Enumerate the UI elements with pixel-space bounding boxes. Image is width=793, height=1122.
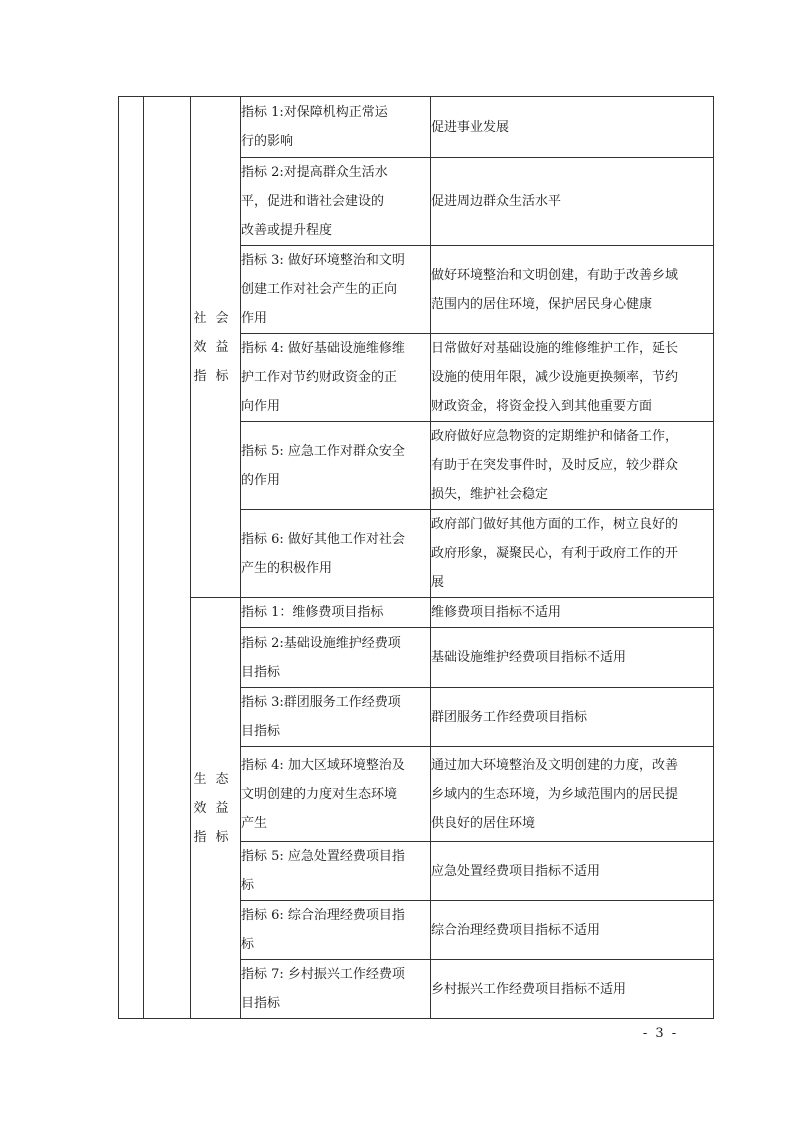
indicator-cell: 指标 5: 应急工作对群众安全 的作用 bbox=[241, 422, 431, 510]
description-cell: 维修费项目指标不适用 bbox=[431, 598, 714, 628]
table-row: 生态效益指标 指标 1：维修费项目指标 维修费项目指标不适用 bbox=[119, 598, 714, 628]
indicator-cell: 指标 7: 乡村振兴工作经费项 目指标 bbox=[241, 960, 431, 1019]
indicator-cell: 指标 6: 综合治理经费项目指 标 bbox=[241, 901, 431, 960]
table-row: 社会效益指标 指标 1:对保障机构正常运 行的影响 促进事业发展 bbox=[119, 97, 714, 158]
document-page: 社会效益指标 指标 1:对保障机构正常运 行的影响 促进事业发展 指标 2:对提… bbox=[0, 0, 793, 1122]
description-cell: 基础设施维护经费项目指标不适用 bbox=[431, 628, 714, 688]
description-cell: 政府部门做好其他方面的工作，树立良好的 政府形象，凝聚民心，有利于政府工作的开 … bbox=[431, 510, 714, 598]
description-cell: 综合治理经费项目指标不适用 bbox=[431, 901, 714, 960]
indicator-cell: 指标 2:对提高群众生活水 平，促进和谐社会建设的 改善或提升程度 bbox=[241, 158, 431, 246]
indicator-cell: 指标 1：维修费项目指标 bbox=[241, 598, 431, 628]
description-cell: 日常做好对基础设施的维修维护工作，延长 设施的使用年限，减少设施更换频率，节约 … bbox=[431, 334, 714, 422]
section-label-social: 社会效益指标 bbox=[191, 97, 241, 598]
indicator-cell: 指标 5: 应急处置经费项目指 标 bbox=[241, 842, 431, 901]
indicator-cell: 指标 4: 加大区域环境整治及 文明创建的力度对生态环境 产生 bbox=[241, 747, 431, 842]
description-cell: 做好环境整治和文明创建，有助于改善乡域 范围内的居住环境，保护居民身心健康 bbox=[431, 246, 714, 334]
description-cell: 通过加大环境整治及文明创建的力度，改善 乡域内的生态环境，为乡域范围内的居民提 … bbox=[431, 747, 714, 842]
performance-indicator-table: 社会效益指标 指标 1:对保障机构正常运 行的影响 促进事业发展 指标 2:对提… bbox=[118, 96, 714, 1019]
second-margin-cell bbox=[144, 97, 191, 1019]
section-label-ecological: 生态效益指标 bbox=[191, 598, 241, 1019]
description-cell: 群团服务工作经费项目指标 bbox=[431, 688, 714, 747]
indicator-cell: 指标 1:对保障机构正常运 行的影响 bbox=[241, 97, 431, 158]
description-cell: 乡村振兴工作经费项目指标不适用 bbox=[431, 960, 714, 1019]
indicator-cell: 指标 4: 做好基础设施维修维 护工作对节约财政资金的正 向作用 bbox=[241, 334, 431, 422]
description-cell: 促进事业发展 bbox=[431, 97, 714, 158]
page-number: - 3 - bbox=[618, 1026, 703, 1041]
left-margin-cell bbox=[119, 97, 144, 1019]
indicator-cell: 指标 2:基础设施维护经费项 目指标 bbox=[241, 628, 431, 688]
indicator-cell: 指标 3: 做好环境整治和文明 创建工作对社会产生的正向 作用 bbox=[241, 246, 431, 334]
description-cell: 促进周边群众生活水平 bbox=[431, 158, 714, 246]
description-cell: 政府做好应急物资的定期维护和储备工作， 有助于在突发事件时，及时反应，较少群众 … bbox=[431, 422, 714, 510]
description-cell: 应急处置经费项目指标不适用 bbox=[431, 842, 714, 901]
indicator-cell: 指标 3:群团服务工作经费项 目指标 bbox=[241, 688, 431, 747]
indicator-cell: 指标 6: 做好其他工作对社会 产生的积极作用 bbox=[241, 510, 431, 598]
